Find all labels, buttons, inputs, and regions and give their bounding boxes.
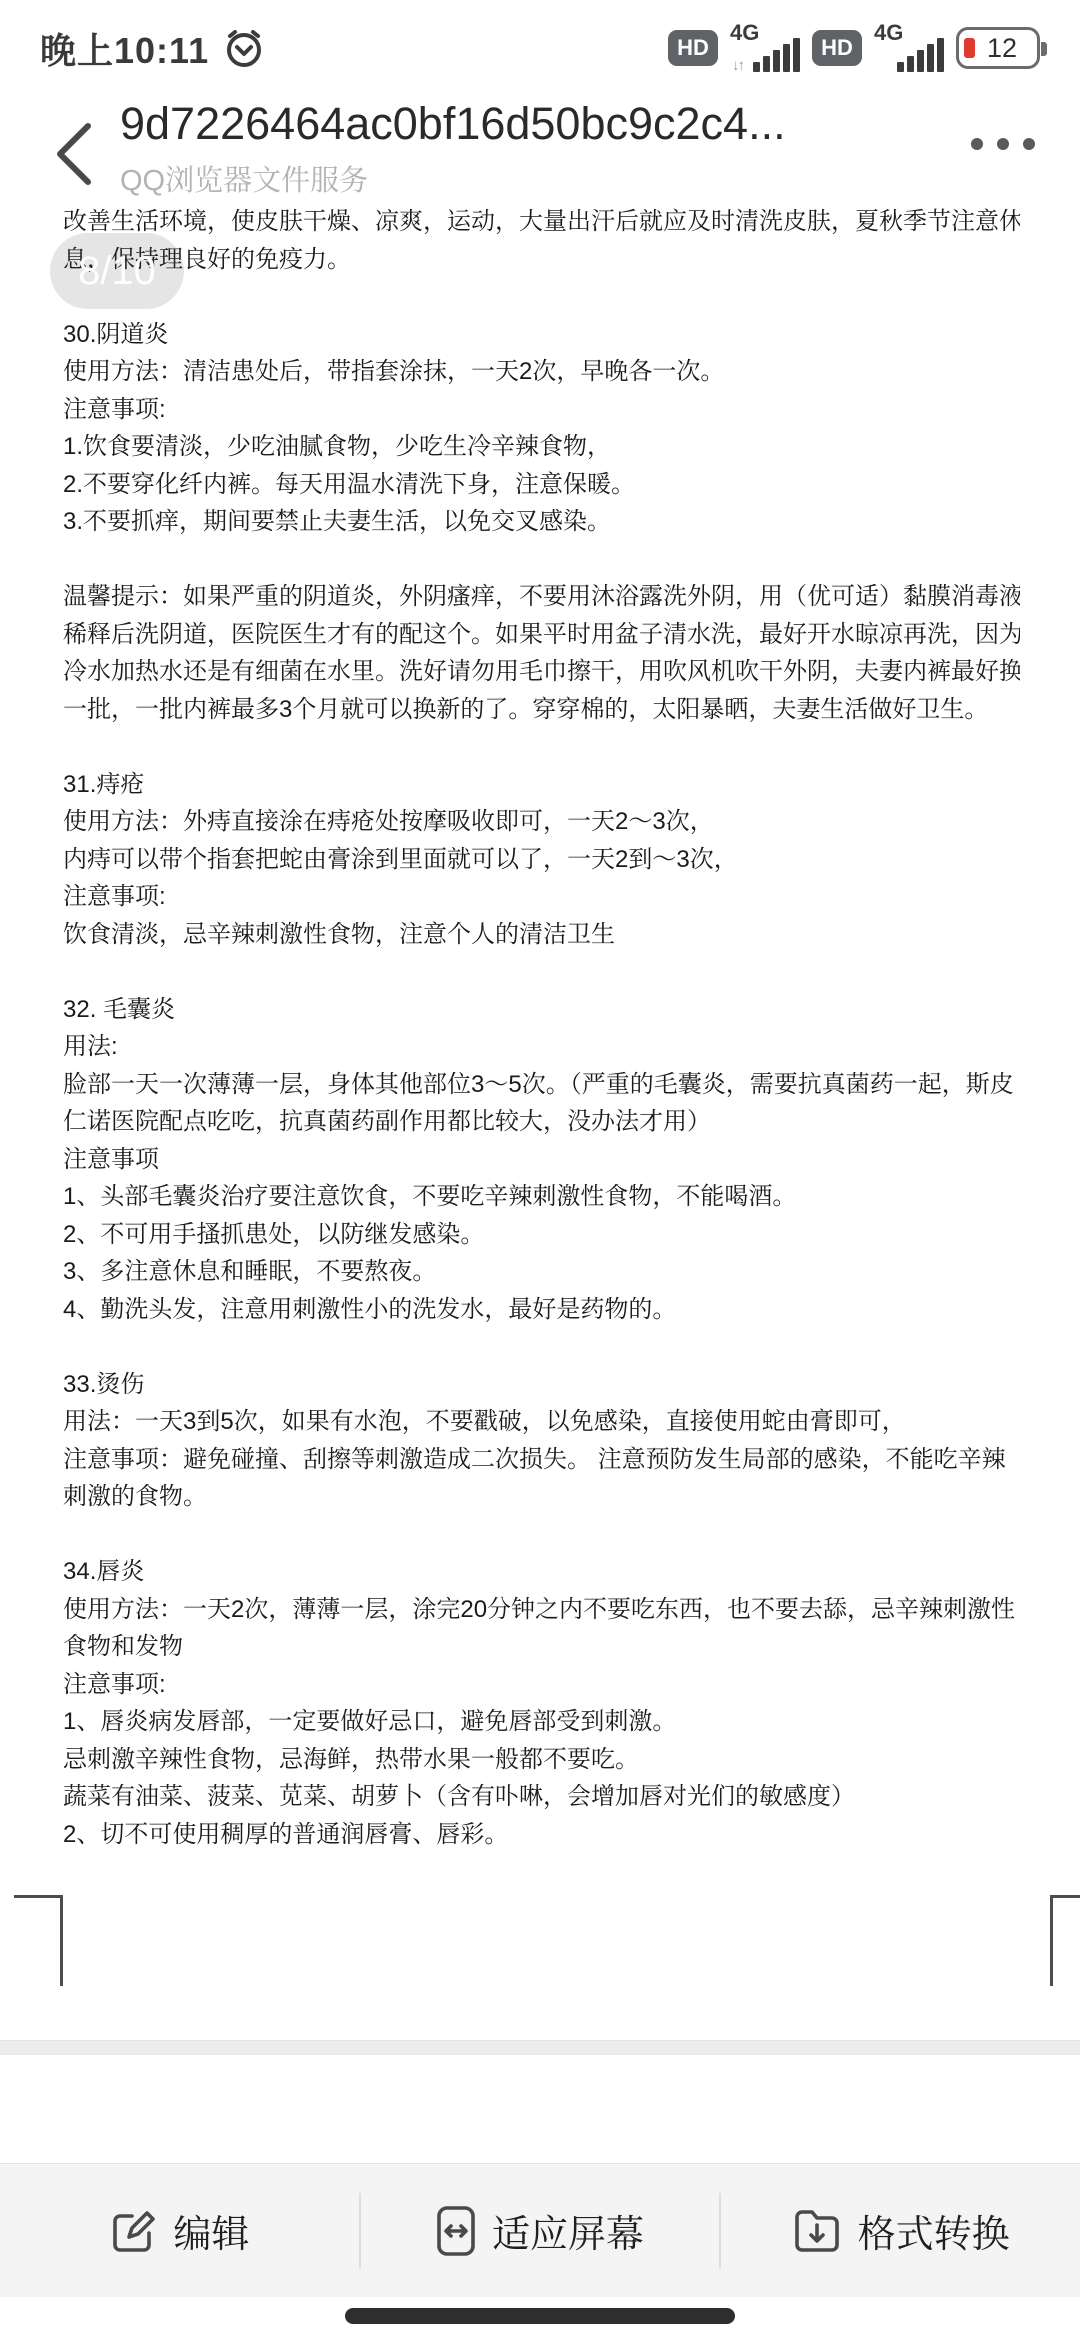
format-convert-icon [792,2207,842,2255]
document-line: 30.阴道炎 [63,316,1020,354]
document-line: 2、不可用手搔抓患处，以防继发感染。 [63,1216,1020,1254]
document-line: 32. 毛囊炎 [63,991,1020,1029]
page-indicator-badge: 8/10 [50,233,184,309]
document-line: 改善生活环境，使皮肤干燥、凉爽，运动，大量出汗后就应及时清洗皮肤，夏秋季节注意休 [63,203,1020,241]
document-line [63,728,1020,766]
document-line: 使用方法：一天2次，薄薄一层，涂完20分钟之内不要吃东西，也不要去舔，忌辛辣刺激… [63,1591,1020,1629]
document-line: 1、头部毛囊炎治疗要注意饮食，不要吃辛辣刺激性食物，不能喝酒。 [63,1178,1020,1216]
document-line: 温馨提示：如果严重的阴道炎，外阴瘙痒，不要用沐浴露洗外阴，用（优可适）黏膜消毒液 [63,578,1020,616]
bottom-toolbar: 编辑 适应屏幕 格式转换 [0,2163,1080,2297]
document-text: 改善生活环境，使皮肤干燥、凉爽，运动，大量出汗后就应及时清洗皮肤，夏秋季节注意休… [63,203,1020,1853]
battery-icon: 12 [956,27,1040,69]
data-arrows-icon: ↓↑ [732,57,743,74]
document-line: 1、唇炎病发唇部，一定要做好忌口，避免唇部受到刺激。 [63,1703,1020,1741]
document-line: 一批，一批内裤最多3个月就可以换新的了。穿穿棉的，太阳暴晒，夫妻生活做好卫生。 [63,691,1020,729]
home-gesture-bar[interactable] [345,2308,735,2324]
header: 9d7226464ac0bf16d50bc9c2c4... QQ浏览器文件服务 [0,96,1080,211]
edit-icon [109,2207,157,2255]
format-convert-button[interactable]: 格式转换 [721,2164,1080,2297]
format-convert-button-label: 格式转换 [858,2203,1010,2258]
page-title: 9d7226464ac0bf16d50bc9c2c4... [120,98,910,150]
edit-button[interactable]: 编辑 [0,2164,359,2297]
document-line: 2.不要穿化纤内裤。每天用温水清洗下身，注意保暖。 [63,466,1020,504]
document-line: 内痔可以带个指套把蛇由膏涂到里面就可以了，一天2到～3次， [63,841,1020,879]
fit-screen-button-label: 适应屏幕 [492,2203,644,2258]
alarm-icon [223,27,265,69]
document-line [63,1328,1020,1366]
document-line: 注意事项 [63,1141,1020,1179]
document-line: 用法：一天3到5次，如果有水泡，不要戳破，以免感染，直接使用蛇由膏即可， [63,1403,1020,1441]
back-button[interactable] [46,114,106,194]
document-line: 刺激的食物。 [63,1478,1020,1516]
document-line: 稀释后洗阴道，医院医生才有的配这个。如果平时用盆子清水洗，最好开水晾凉再洗，因为 [63,616,1020,654]
document-line: 注意事项: [63,391,1020,429]
document-line: 1.饮食要清淡，少吃油腻食物，少吃生冷辛辣食物， [63,428,1020,466]
document-line: 注意事项: [63,878,1020,916]
fit-screen-icon [436,2205,476,2257]
document-line: 食物和发物 [63,1628,1020,1666]
hd-voice-icon: HD [812,30,862,66]
hd-voice-icon: HD [668,30,718,66]
document-line: 4、勤洗头发，注意用刺激性小的洗发水，最好是药物的。 [63,1291,1020,1329]
more-menu-button[interactable] [971,138,1035,150]
document-line: 蔬菜有油菜、菠菜、苋菜、胡萝卜（含有卟啉，会增加唇对光们的敏感度） [63,1778,1020,1816]
status-bar: 晚上10:11 HD 4G ↓↑ HD 4G 1 [0,0,1080,96]
document-line: 注意事项：避免碰撞、刮擦等刺激造成二次损失。 注意预防发生局部的感染，不能吃辛辣 [63,1441,1020,1479]
signal-strength-icon: 4G [874,22,944,74]
document-line: 34.唇炎 [63,1553,1020,1591]
document-line [63,1516,1020,1554]
document-line: 注意事项: [63,1666,1020,1704]
document-line: 脸部一天一次薄薄一层，身体其他部位3～5次。（严重的毛囊炎，需要抗真菌药一起，斯… [63,1066,1020,1104]
clock-time: 晚上10:11 [40,23,209,74]
page-break-gap [0,2040,1080,2055]
document-line: 33.烫伤 [63,1366,1020,1404]
document-line: 3、多注意休息和睡眠，不要熬夜。 [63,1253,1020,1291]
document-line: 忌刺激辛辣性食物，忌海鲜，热带水果一般都不要吃。 [63,1741,1020,1779]
document-line: 使用方法：外痔直接涂在痔疮处按摩吸收即可，一天2～3次， [63,803,1020,841]
edit-button-label: 编辑 [173,2203,249,2258]
document-viewport[interactable]: 改善生活环境，使皮肤干燥、凉爽，运动，大量出汗后就应及时清洗皮肤，夏秋季节注意休… [0,203,1080,2040]
document-line: 饮食清淡，忌辛辣刺激性食物，注意个人的清洁卫生 [63,916,1020,954]
page-subtitle: QQ浏览器文件服务 [120,158,910,199]
document-line: 息，保持理良好的免疫力。 [63,241,1020,279]
document-line [63,541,1020,579]
page-corner-mark-right [1050,1895,1080,1986]
page-corner-mark-left [14,1895,63,1986]
document-line [63,278,1020,316]
document-line: 仁诺医院配点吃吃，抗真菌药副作用都比较大，没办法才用） [63,1103,1020,1141]
signal-strength-icon: 4G ↓↑ [730,22,800,74]
document-line: 2、切不可使用稠厚的普通润唇膏、唇彩。 [63,1816,1020,1854]
document-line: 31.痔疮 [63,766,1020,804]
document-line: 用法: [63,1028,1020,1066]
document-line: 冷水加热水还是有细菌在水里。洗好请勿用毛巾擦干，用吹风机吹干外阴，夫妻内裤最好换 [63,653,1020,691]
document-line: 使用方法：清洁患处后，带指套涂抹，一天2次，早晚各一次。 [63,353,1020,391]
fit-screen-button[interactable]: 适应屏幕 [361,2164,720,2297]
document-line: 3.不要抓痒，期间要禁止夫妻生活，以免交叉感染。 [63,503,1020,541]
document-line [63,953,1020,991]
battery-percent: 12 [987,33,1017,64]
